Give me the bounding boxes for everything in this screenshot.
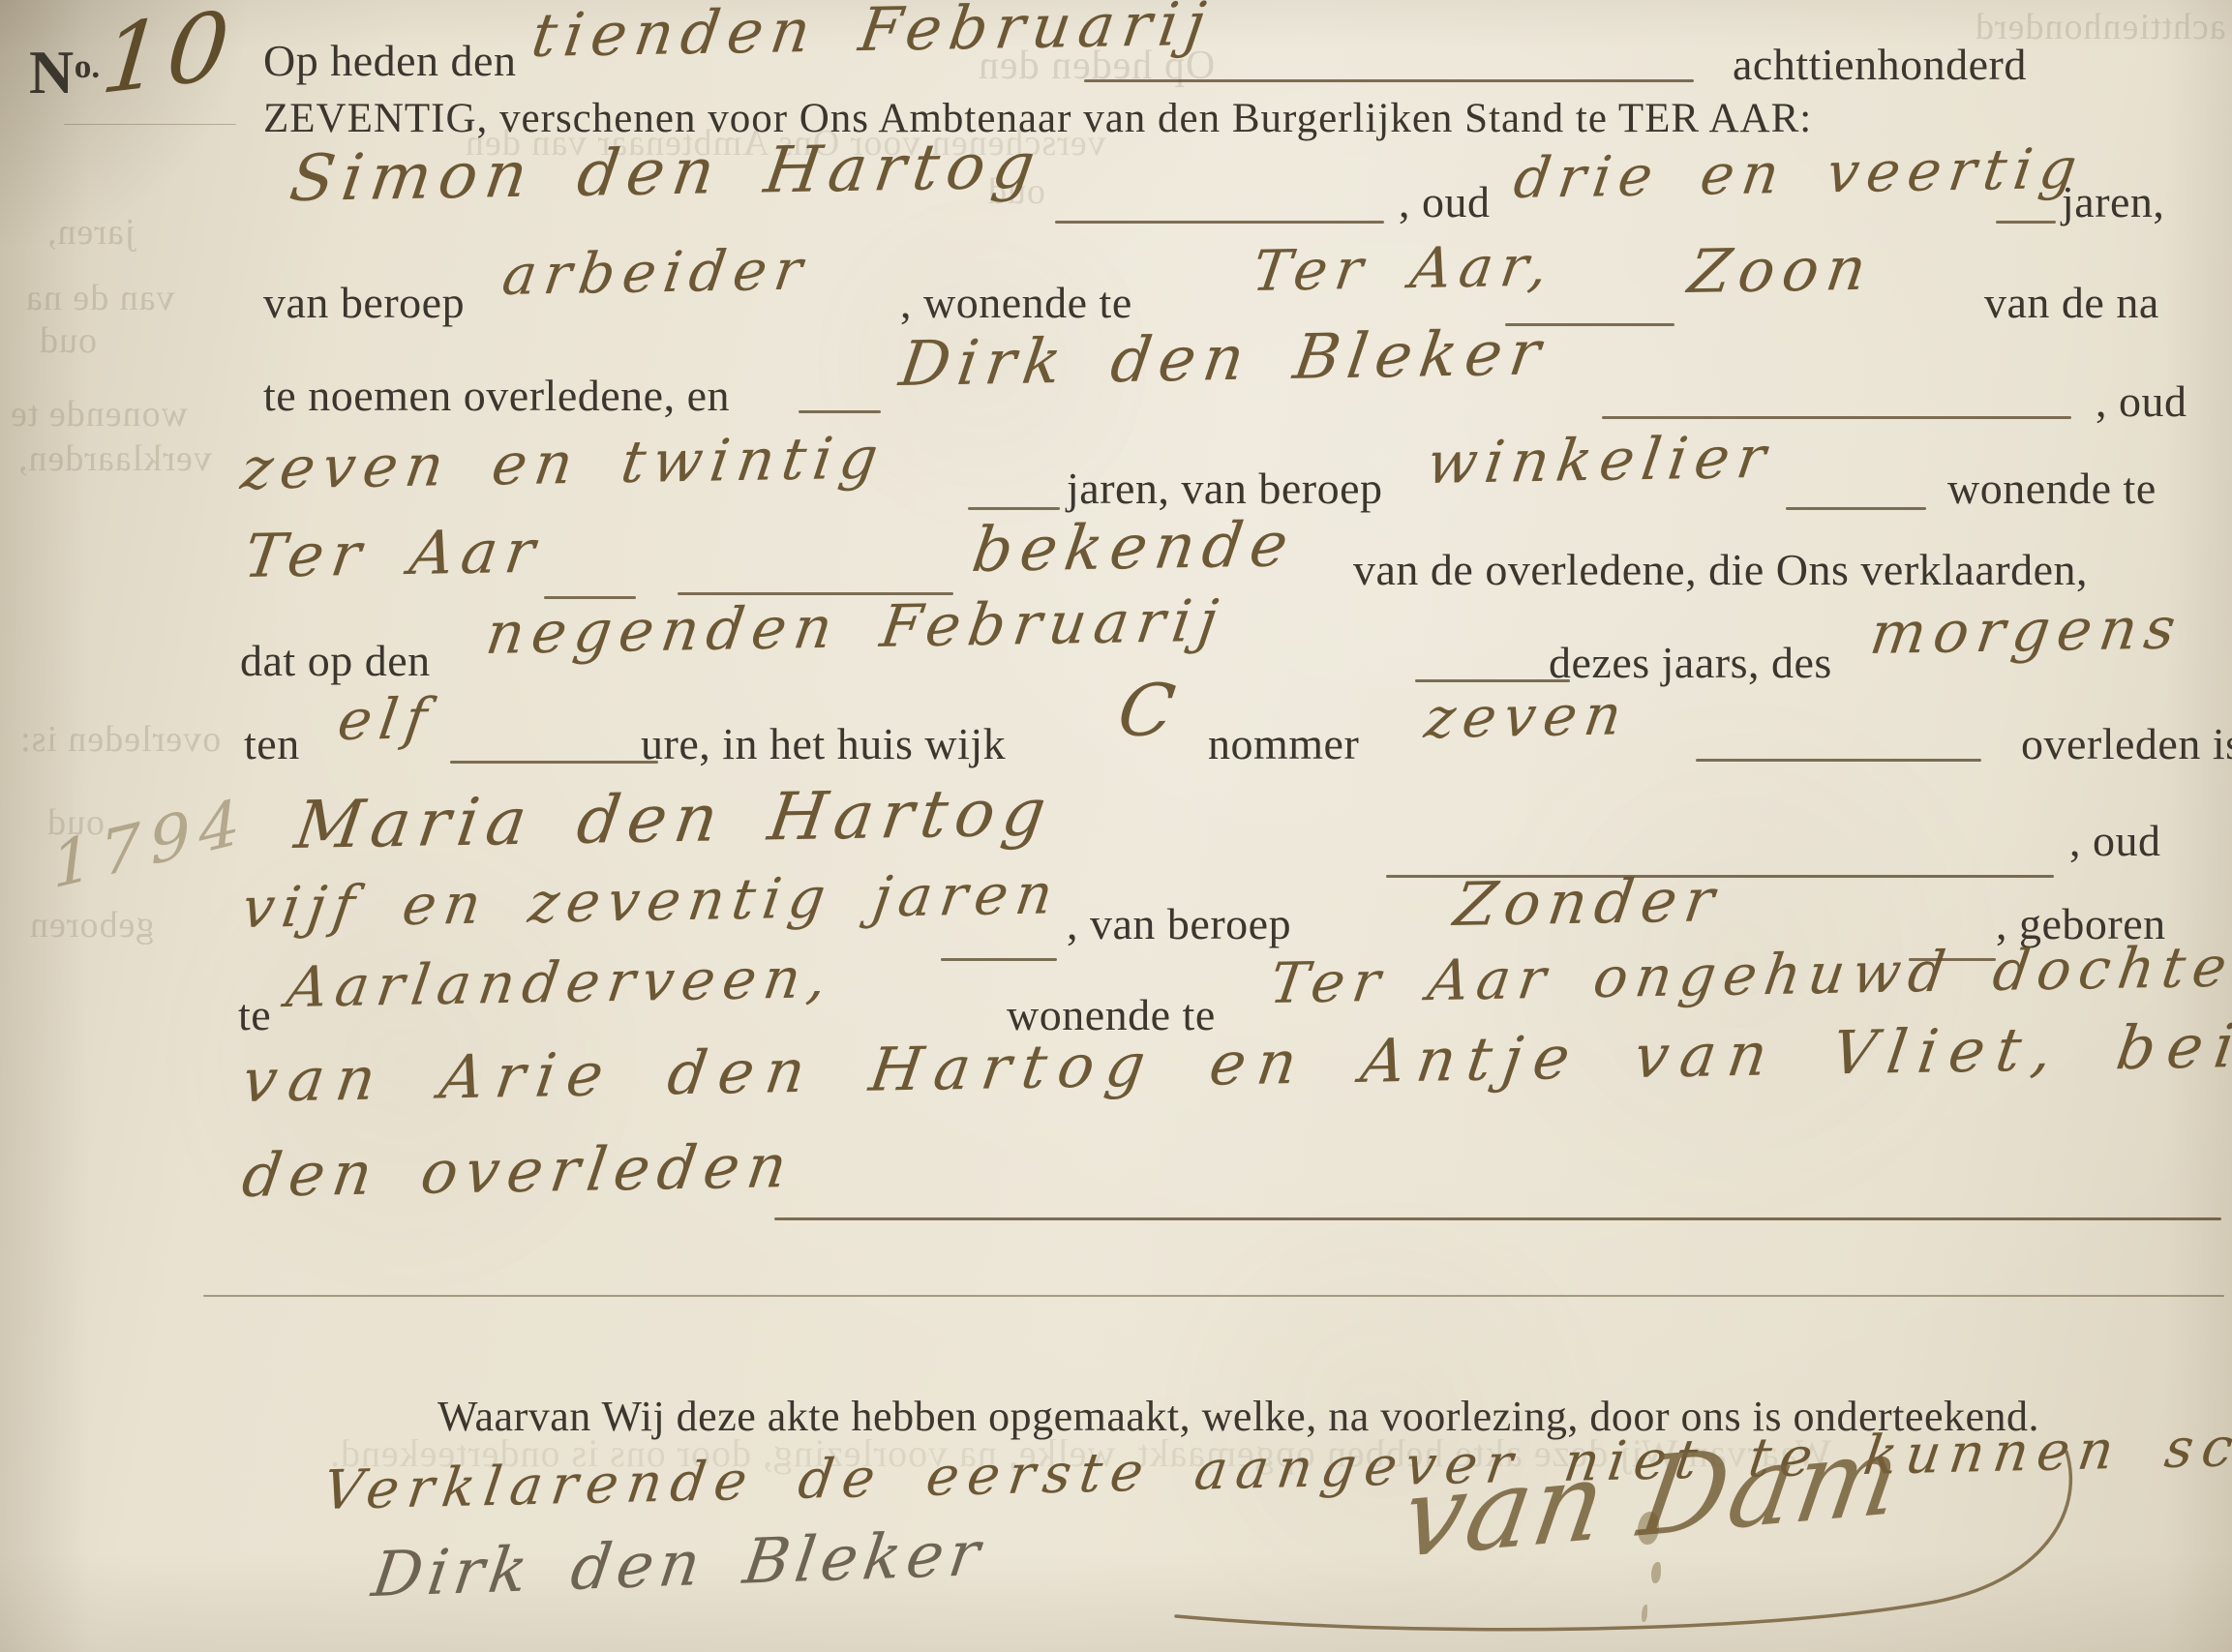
registration-date-entry: tienden Februarij: [528, 0, 1218, 71]
age-label: , oud: [2069, 815, 2161, 866]
blank-line: [1696, 759, 1981, 762]
residence-label: , wonende te: [900, 277, 1132, 328]
blank-line: [968, 507, 1060, 510]
bleedthrough-text: van de na: [25, 277, 175, 319]
bleedthrough-text: overleden is:: [19, 718, 221, 761]
death-hour-entry: elf: [334, 685, 438, 753]
declarant2-residence-entry: Ter Aar: [240, 516, 547, 591]
bleedthrough-text: geboren: [29, 904, 154, 946]
house-label: ure, in het huis wijk: [641, 718, 1006, 769]
blank-line: [1786, 507, 1926, 510]
blank-line: [1996, 221, 2056, 224]
record-number-label: No.: [29, 37, 100, 108]
death-date-prefix: dat op den: [240, 635, 431, 686]
blank-line: [799, 410, 881, 413]
bleedthrough-text: verklaarden,: [17, 437, 212, 480]
death-date-entry: negenden Februarij: [482, 587, 1229, 668]
occupation-label: van beroep: [263, 277, 465, 328]
record-number-underline: [64, 124, 236, 125]
deceased-birthplace-entry: Aarlanderveen,: [283, 945, 838, 1020]
relation-suffix-label: van de na: [1984, 277, 2159, 328]
house-number-entry: zeven: [1421, 681, 1633, 751]
declarant1-age-entry: drie en veertig: [1510, 135, 2089, 211]
declaration-label: van de overledene, die Ons verklaarden,: [1353, 544, 2088, 595]
deceased-residence-entry: Ter Aar ongehuwd dochter: [1266, 933, 2232, 1016]
hour-label: ten: [244, 718, 300, 769]
occupation-label: , van beroep: [1067, 898, 1291, 949]
age-label: , oud: [1399, 176, 1491, 227]
record-number-label-sup: o.: [75, 47, 100, 85]
declarant2-occupation-entry: winkelier: [1423, 424, 1777, 497]
declarant1-residence-entry: Ter Aar,: [1249, 233, 1559, 304]
blank-line: [1602, 416, 2071, 419]
declarant1-occupation-entry: arbeider: [498, 237, 814, 308]
house-wijk-entry: C: [1113, 669, 1188, 753]
informant-signature: Dirk den Bleker: [368, 1518, 990, 1611]
bleedthrough-text: jaren,: [46, 211, 135, 254]
age-label: , oud: [2096, 375, 2187, 427]
deceased-parents-entry-line1: van Arie den Hartog en Antje van Vliet, …: [238, 1009, 2232, 1116]
death-date-suffix: dezes jaars, des: [1549, 637, 1832, 688]
death-certificate-page: No. 10 jaren, van de na oud wonende te v…: [0, 0, 2232, 1652]
years-occupation-label: jaren, van beroep: [1067, 463, 1383, 514]
bleedthrough-text: oud: [39, 319, 97, 362]
blank-line: [1415, 679, 1570, 682]
deceased-occupation-entry: Zonder: [1450, 864, 1726, 940]
preamble-year-word: achttienhonderd: [1733, 39, 2027, 90]
record-number-value: 10: [97, 0, 237, 116]
declarant2-name-entry: Dirk den Bleker: [895, 317, 1553, 401]
preamble-date-prefix: Op heden den: [263, 35, 516, 86]
blank-line: [1084, 79, 1694, 82]
blank-line: [774, 1217, 2221, 1220]
blank-line: [941, 958, 1057, 961]
section-divider-line: [203, 1295, 2224, 1297]
birthplace-label: te: [238, 989, 271, 1040]
residence-label: wonende te: [1947, 463, 2157, 514]
years-label: jaren,: [2062, 176, 2164, 227]
declarant2-age-entry: zeven en twintig: [237, 424, 890, 503]
declarant2-relation-entry: bekende: [968, 509, 1300, 586]
blank-line: [450, 761, 658, 764]
deceased-name-entry: Maria den Hartog: [290, 774, 1058, 864]
blank-line: [1055, 221, 1384, 224]
deceased-age-entry: vijf en zeventig jaren: [238, 860, 1065, 941]
bleedthrough-text: wonende te: [10, 393, 188, 436]
record-number-label-n: N: [29, 38, 75, 106]
deceased-intro-label: overleden is:: [2021, 718, 2232, 769]
declarant1-relation-entry: Zoon: [1684, 233, 1878, 307]
second-declarant-prefix: te noemen overledene, en: [263, 370, 730, 421]
death-daypart-entry: morgens: [1866, 594, 2187, 668]
house-number-label: nommer: [1208, 718, 1359, 769]
deceased-parents-entry-line2: den overleden: [238, 1130, 799, 1211]
declarant1-name-entry: Simon den Hartog: [286, 129, 1047, 216]
